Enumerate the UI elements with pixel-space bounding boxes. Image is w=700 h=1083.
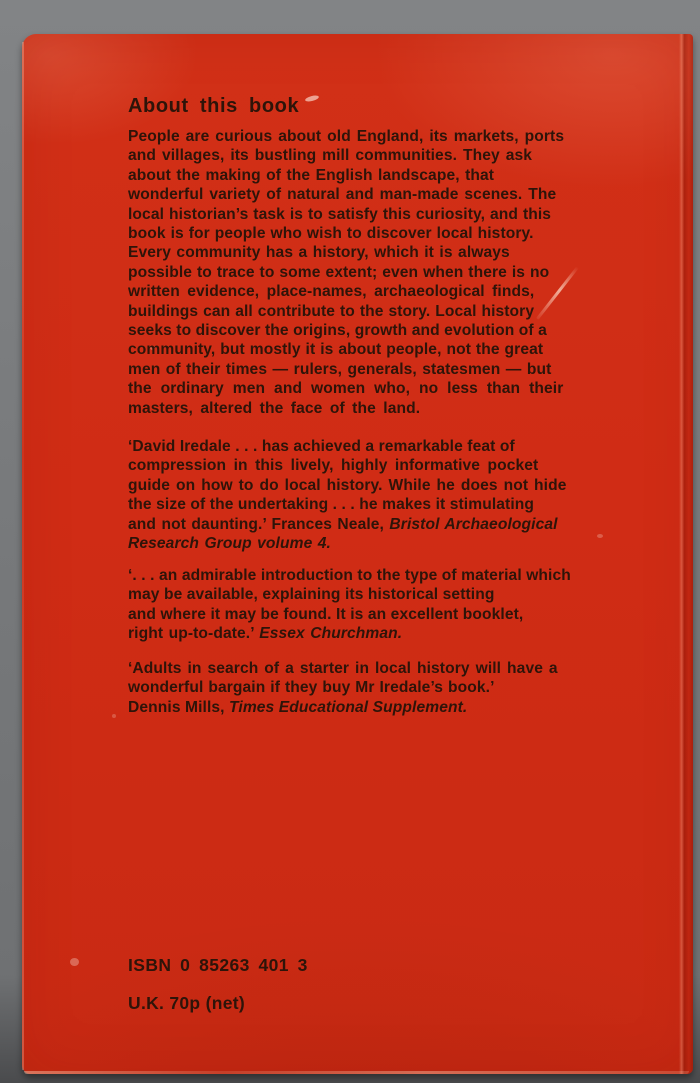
- text-line: and villages, its bustling mill communit…: [128, 146, 618, 165]
- text-line: may be available, explaining its histori…: [128, 585, 618, 604]
- review-quote-essex-churchman: ‘. . . an admirable introduction to the …: [128, 566, 618, 644]
- text-line: Every community has a history, which it …: [128, 243, 618, 262]
- text-line: masters, altered the face of the land.: [128, 399, 618, 418]
- book-photo-background: About this book People are curious about…: [0, 0, 700, 1083]
- price-text: U.K. 70p (net): [128, 993, 245, 1014]
- text-line: and not daunting.’ Frances Neale, Bristo…: [128, 515, 618, 534]
- text-line: the size of the undertaking . . . he mak…: [128, 495, 618, 514]
- text-line: about the making of the English landscap…: [128, 166, 618, 185]
- cover-crease-line: [679, 34, 693, 1074]
- wear-spot: [305, 94, 320, 102]
- isbn-text: ISBN 0 85263 401 3: [128, 955, 308, 976]
- text-line: local historian’s task is to satisfy thi…: [128, 205, 618, 224]
- text-line: buildings can all contribute to the stor…: [128, 302, 618, 321]
- about-this-book-heading: About this book: [128, 95, 299, 118]
- text-line: wonderful variety of natural and man-mad…: [128, 185, 618, 204]
- text-line: People are curious about old England, it…: [128, 127, 618, 146]
- text-line: book is for people who wish to discover …: [128, 224, 618, 243]
- text-line: the ordinary men and women who, no less …: [128, 379, 618, 398]
- text-line: compression in this lively, highly infor…: [128, 456, 618, 475]
- text-line: Research Group volume 4.: [128, 534, 618, 553]
- text-line: ‘. . . an admirable introduction to the …: [128, 566, 618, 585]
- text-line: written evidence, place-names, archaeolo…: [128, 282, 618, 301]
- text-line: possible to trace to some extent; even w…: [128, 263, 618, 282]
- book-back-cover: About this book People are curious about…: [22, 34, 693, 1074]
- wear-spot: [70, 958, 79, 966]
- text-line: right up-to-date.’ Essex Churchman.: [128, 624, 618, 643]
- text-line: guide on how to do local history. While …: [128, 476, 618, 495]
- review-quote-frances-neale: ‘David Iredale . . . has achieved a rema…: [128, 437, 618, 553]
- text-line: wonderful bargain if they buy Mr Iredale…: [128, 678, 618, 697]
- text-line: men of their times — rulers, generals, s…: [128, 360, 618, 379]
- text-line: and where it may be found. It is an exce…: [128, 605, 618, 624]
- text-line: Dennis Mills, Times Educational Suppleme…: [128, 698, 618, 717]
- text-line: ‘David Iredale . . . has achieved a rema…: [128, 437, 618, 456]
- review-quote-dennis-mills: ‘Adults in search of a starter in local …: [128, 659, 618, 717]
- wear-spot: [112, 714, 116, 718]
- text-line: community, but mostly it is about people…: [128, 340, 618, 359]
- text-line: seeks to discover the origins, growth an…: [128, 321, 618, 340]
- text-line: ‘Adults in search of a starter in local …: [128, 659, 618, 678]
- blurb-paragraph: People are curious about old England, it…: [128, 127, 618, 418]
